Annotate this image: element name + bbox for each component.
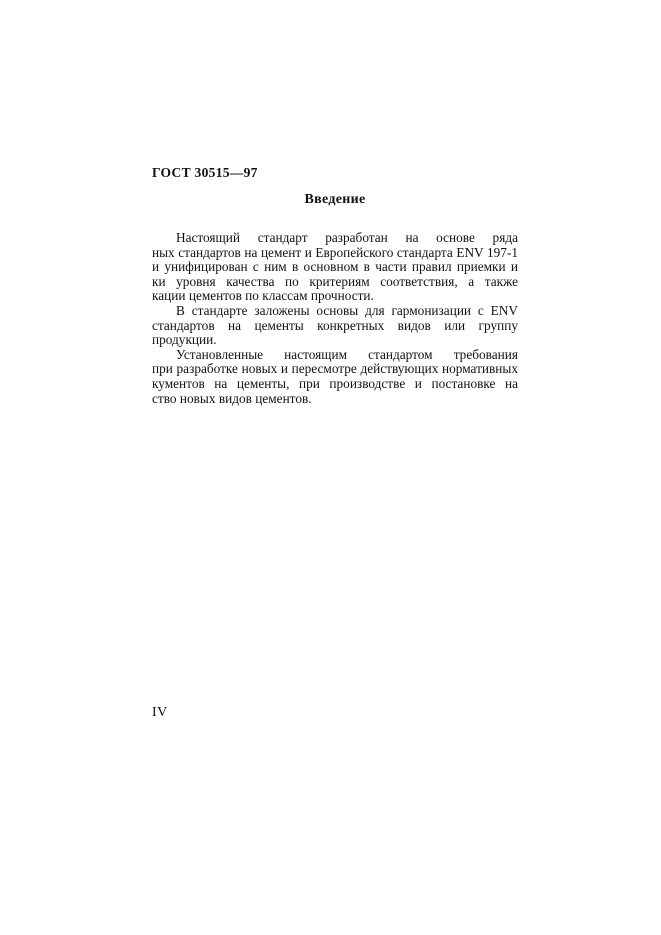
- paragraph-1-line-3: и унифицирован с ним в основном в части …: [152, 260, 518, 275]
- paragraph-3-line-3: кументов на цементы, при производстве и …: [152, 377, 518, 392]
- text-block: Введение Настоящий стандарт разработан н…: [152, 192, 518, 406]
- section-title: Введение: [152, 192, 518, 208]
- paragraph-1-line-4: ки уровня качества по критериям соответс…: [152, 275, 518, 290]
- body-paragraphs: Настоящий стандарт разработан на основе …: [152, 231, 518, 406]
- paragraph-2-line-3: продукции.: [152, 333, 518, 348]
- page-number: IV: [152, 705, 168, 721]
- paragraph-3-line-1: Установленные настоящим стандартом требо…: [152, 348, 518, 363]
- document-code-header: ГОСТ 30515—97: [152, 165, 258, 181]
- paragraph-2-line-2: стандартов на цементы конкретных видов и…: [152, 319, 518, 334]
- paragraph-1-line-1: Настоящий стандарт разработан на основе …: [152, 231, 518, 246]
- document-page: ГОСТ 30515—97 Введение Настоящий стандар…: [0, 0, 661, 935]
- paragraph-3-line-4: ство новых видов цементов.: [152, 392, 518, 407]
- paragraph-2-line-1: В стандарте заложены основы для гармониз…: [152, 304, 518, 319]
- paragraph-3-line-2: при разработке новых и пересмотре действ…: [152, 362, 518, 377]
- paragraph-1-line-5: кации цементов по классам прочности.: [152, 289, 518, 304]
- paragraph-1-line-2: ных стандартов на цемент и Европейского …: [152, 246, 518, 261]
